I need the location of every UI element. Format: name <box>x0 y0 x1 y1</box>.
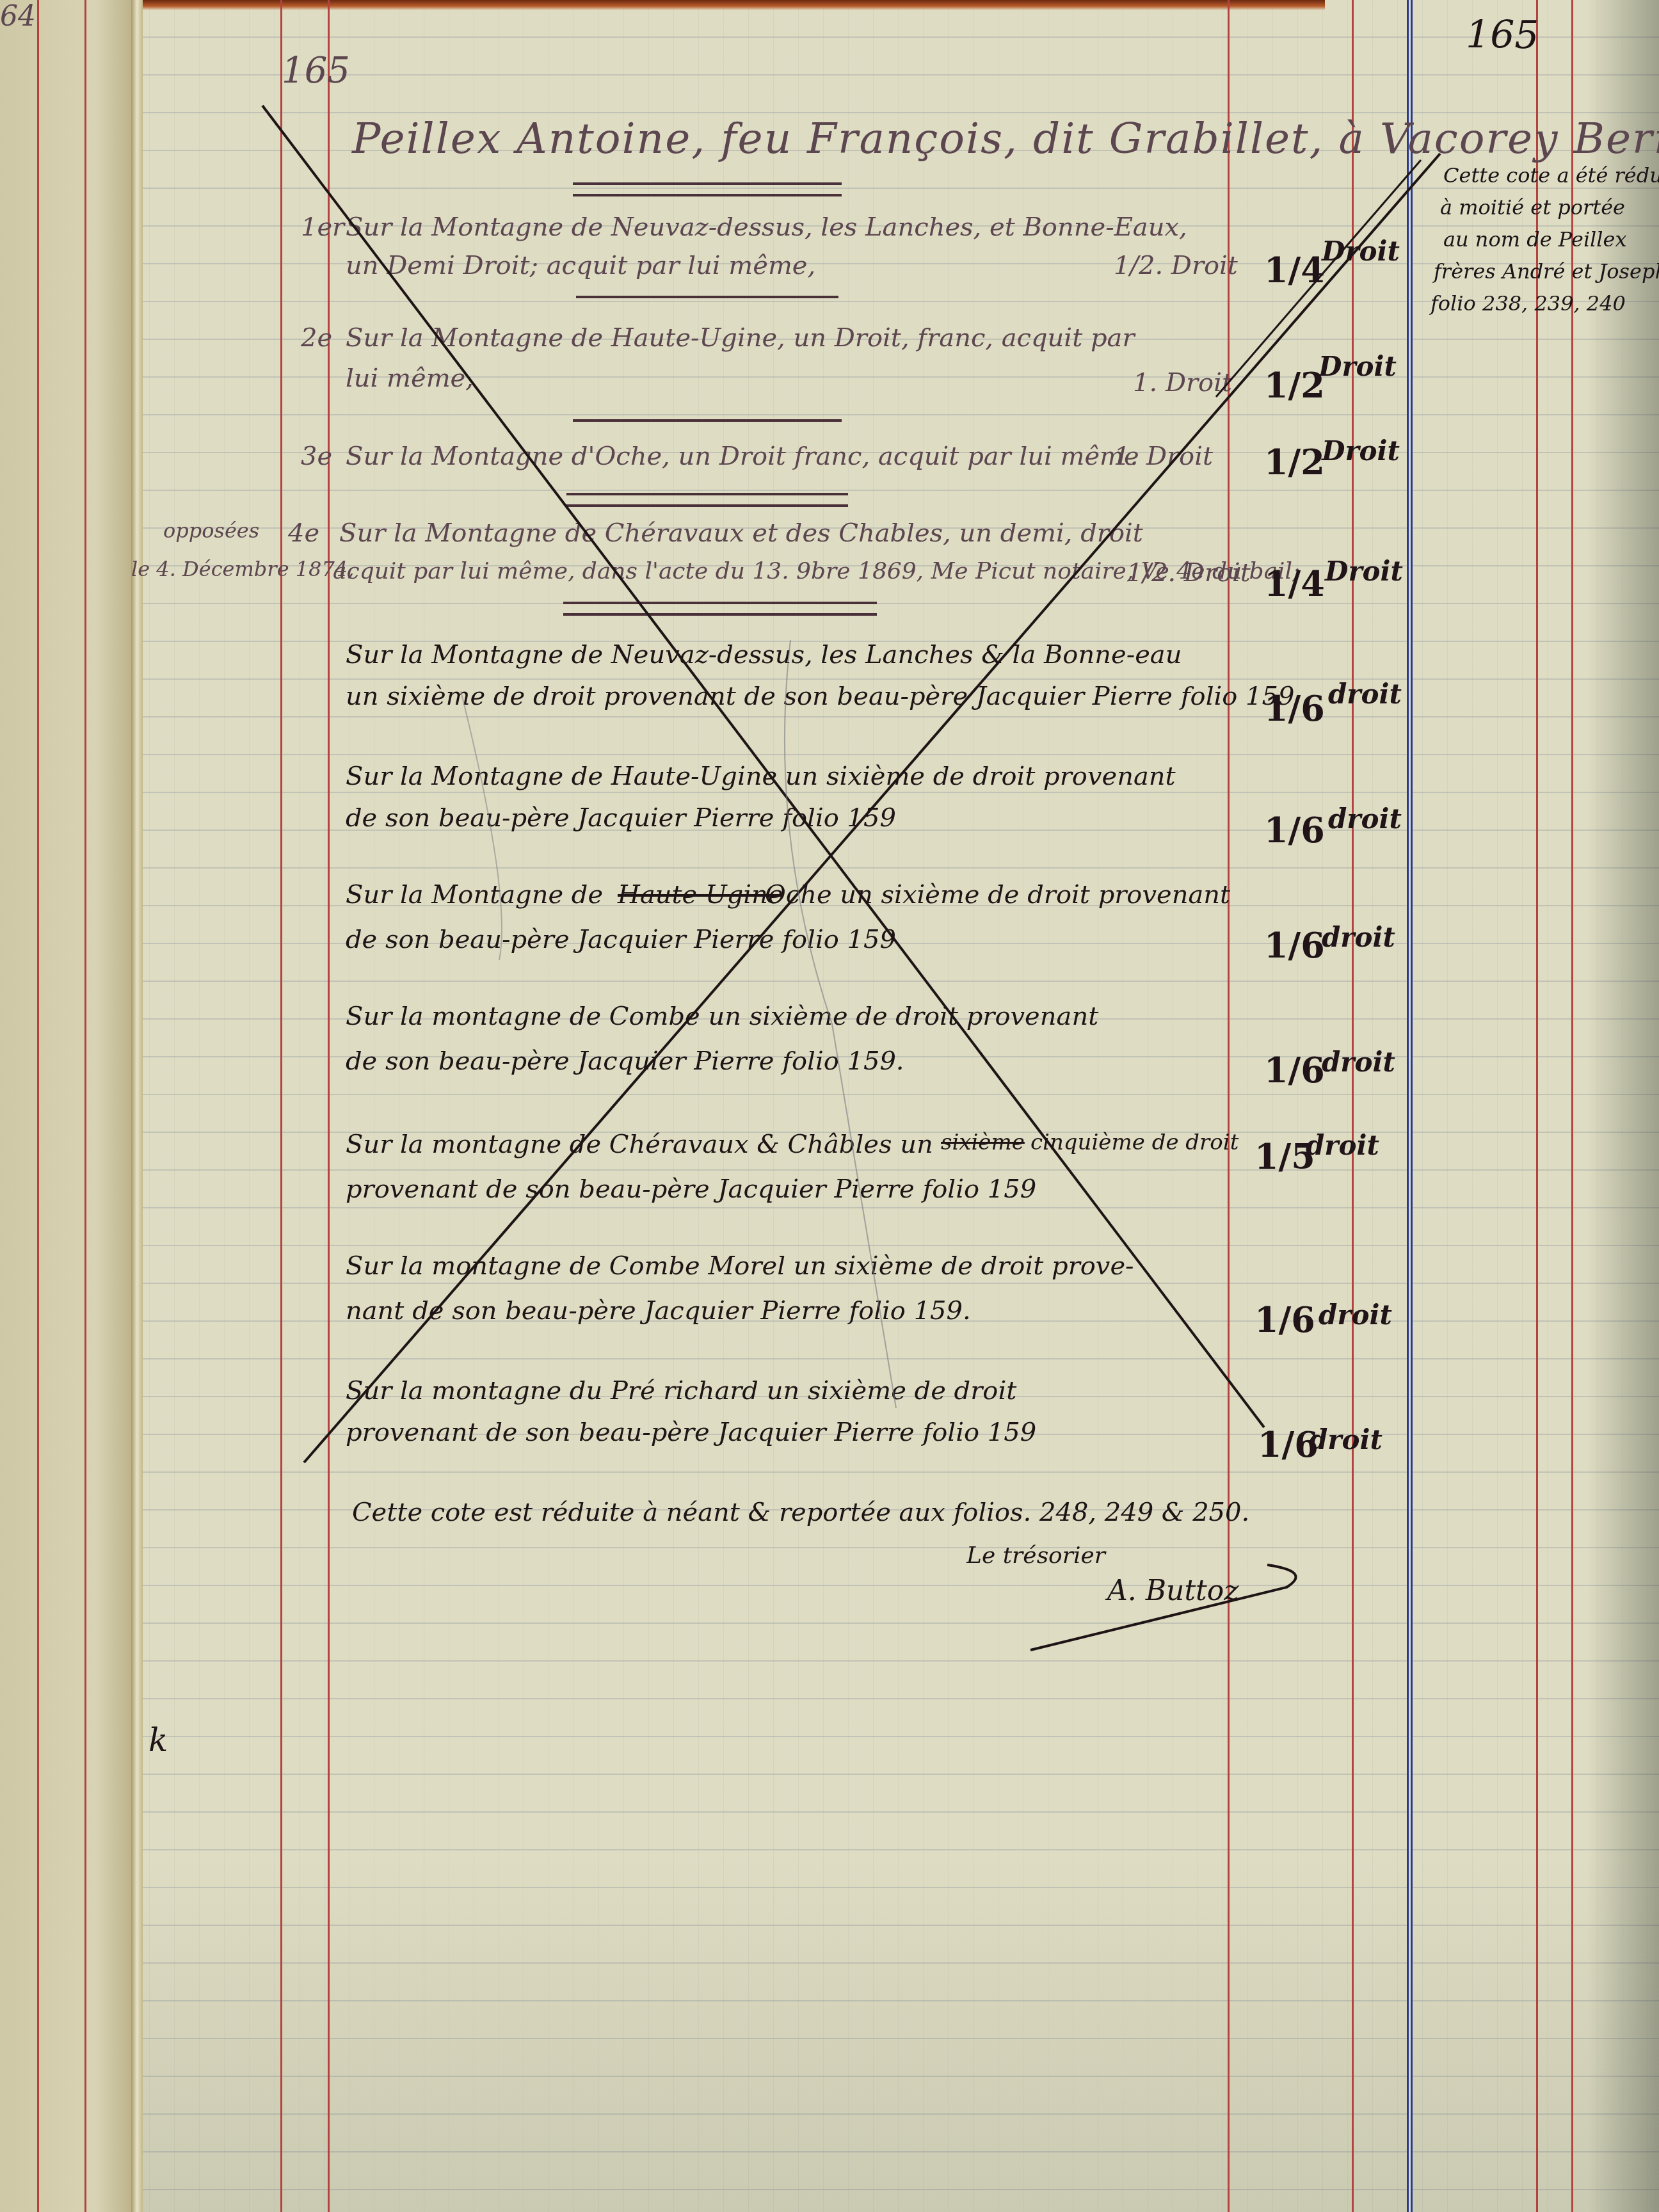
cancellation-cross-icon <box>0 0 1659 2212</box>
